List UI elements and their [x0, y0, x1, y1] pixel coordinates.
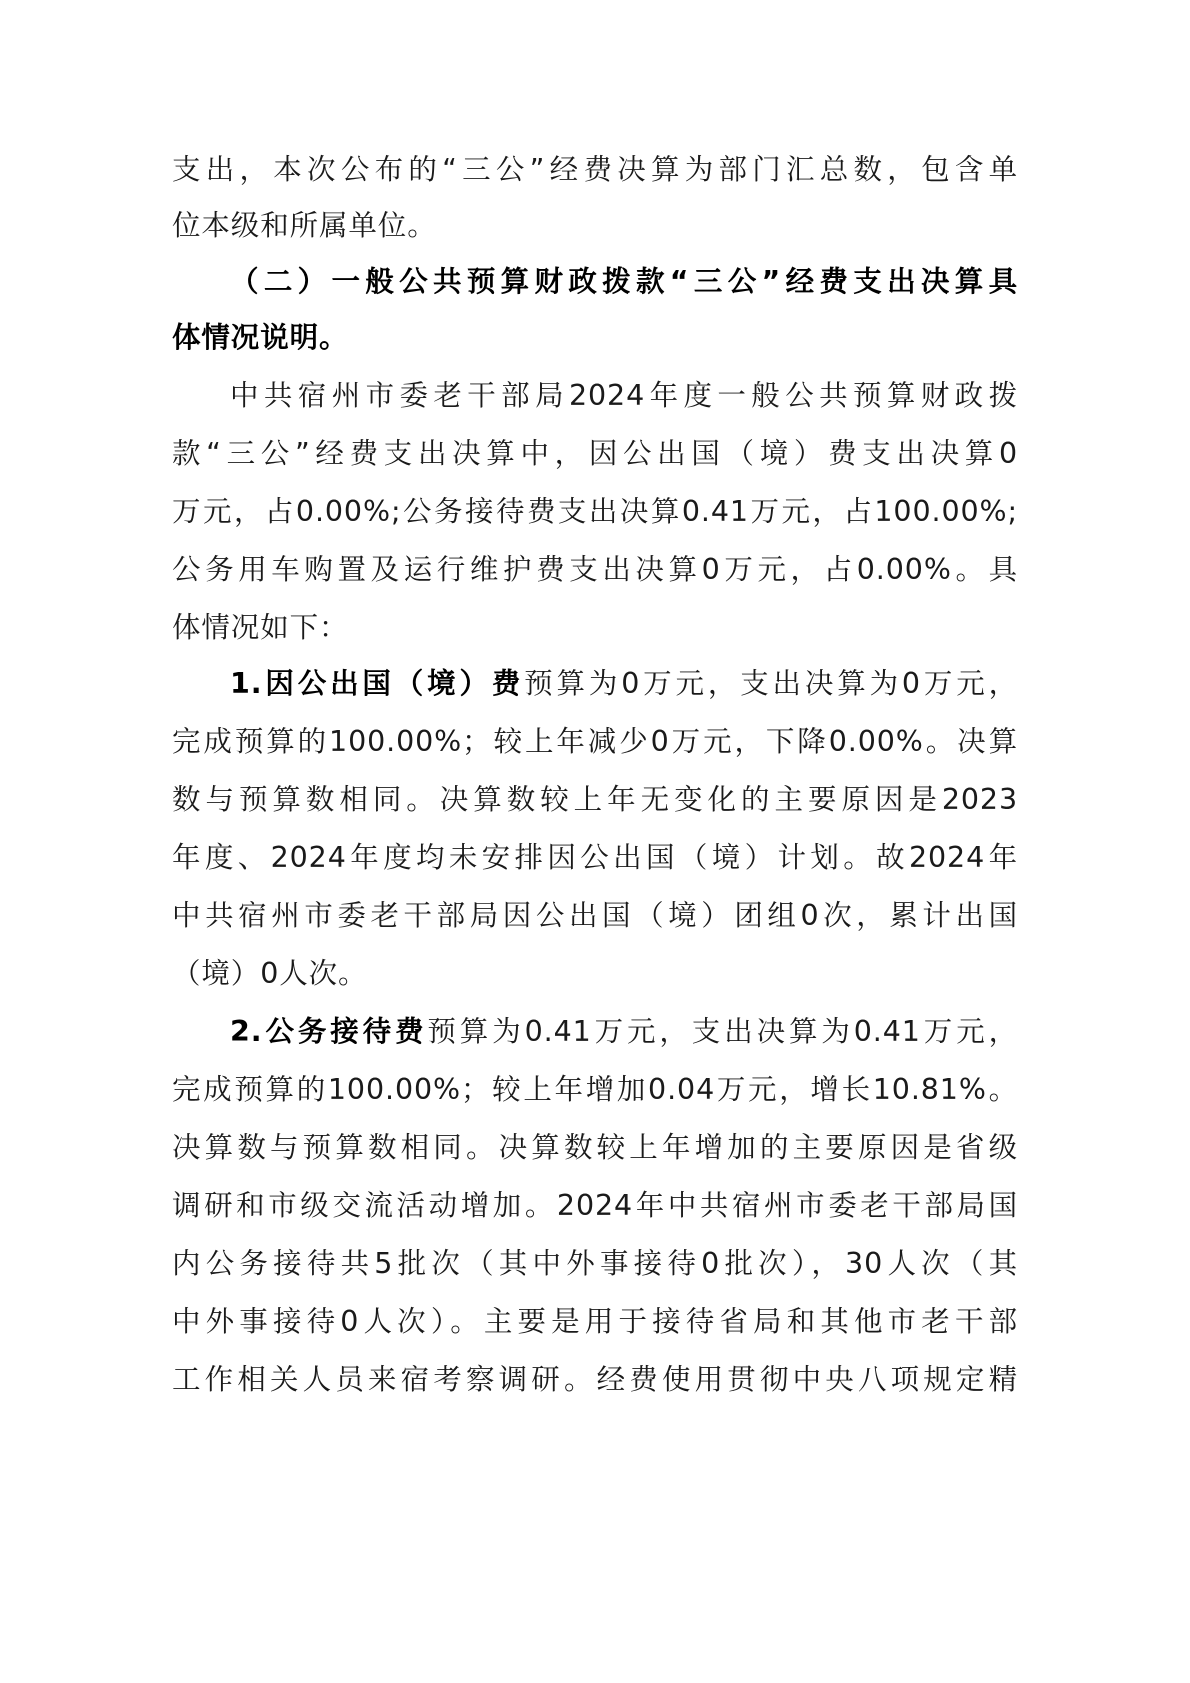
- item2-line-2: 完成预算的100.00%；较上年增加0.04万元，增长10.81%。: [172, 1070, 1018, 1110]
- intro-line-1: 支出，本次公布的“三公”经费决算为部门汇总数，包含单: [172, 150, 1018, 190]
- item2-title: 2.公务接待费: [230, 1015, 427, 1048]
- intro-line-2: 位本级和所属单位。: [172, 206, 1018, 246]
- item1-title: 1.因公出国（境）费: [230, 667, 524, 700]
- section-heading-line-1: （二）一般公共预算财政拨款“三公”经费支出决算具: [230, 262, 1018, 302]
- item1-first-line: 1.因公出国（境）费预算为0万元，支出决算为0万元，: [230, 664, 1018, 704]
- summary-line-5: 体情况如下：: [172, 608, 1018, 648]
- summary-line-3: 万元，占0.00%;公务接待费支出决算0.41万元，占100.00%;: [172, 492, 1018, 532]
- item2-first-line-text: 预算为0.41万元，支出决算为0.41万元，: [427, 1015, 1018, 1048]
- section-heading-line-2: 体情况说明。: [172, 318, 1018, 358]
- summary-line-1: 中共宿州市委老干部局2024年度一般公共预算财政拨: [230, 376, 1018, 416]
- item1-line-6: （境）0人次。: [172, 954, 1018, 994]
- item2-line-4: 调研和市级交流活动增加。2024年中共宿州市委老干部局国: [172, 1186, 1018, 1226]
- item1-line-4: 年度、2024年度均未安排因公出国（境）计划。故2024年: [172, 838, 1018, 878]
- item2-line-3: 决算数与预算数相同。决算数较上年增加的主要原因是省级: [172, 1128, 1018, 1168]
- item1-first-line-text: 预算为0万元，支出决算为0万元，: [524, 667, 1018, 700]
- summary-line-4: 公务用车购置及运行维护费支出决算0万元，占0.00%。具: [172, 550, 1018, 590]
- item1-line-2: 完成预算的100.00%；较上年减少0万元，下降0.00%。决算: [172, 722, 1018, 762]
- item1-line-3: 数与预算数相同。决算数较上年无变化的主要原因是2023: [172, 780, 1018, 820]
- item2-line-7: 工作相关人员来宿考察调研。经费使用贯彻中央八项规定精: [172, 1360, 1018, 1400]
- summary-line-2: 款“三公”经费支出决算中，因公出国（境）费支出决算0: [172, 434, 1018, 474]
- item2-first-line: 2.公务接待费预算为0.41万元，支出决算为0.41万元，: [230, 1012, 1018, 1052]
- item2-line-5: 内公务接待共5批次（其中外事接待0批次），30人次（其: [172, 1244, 1018, 1284]
- document-page: 支出，本次公布的“三公”经费决算为部门汇总数，包含单 位本级和所属单位。 （二）…: [0, 0, 1190, 1683]
- item1-line-5: 中共宿州市委老干部局因公出国（境）团组0次，累计出国: [172, 896, 1018, 936]
- item2-line-6: 中外事接待0人次）。主要是用于接待省局和其他市老干部: [172, 1302, 1018, 1342]
